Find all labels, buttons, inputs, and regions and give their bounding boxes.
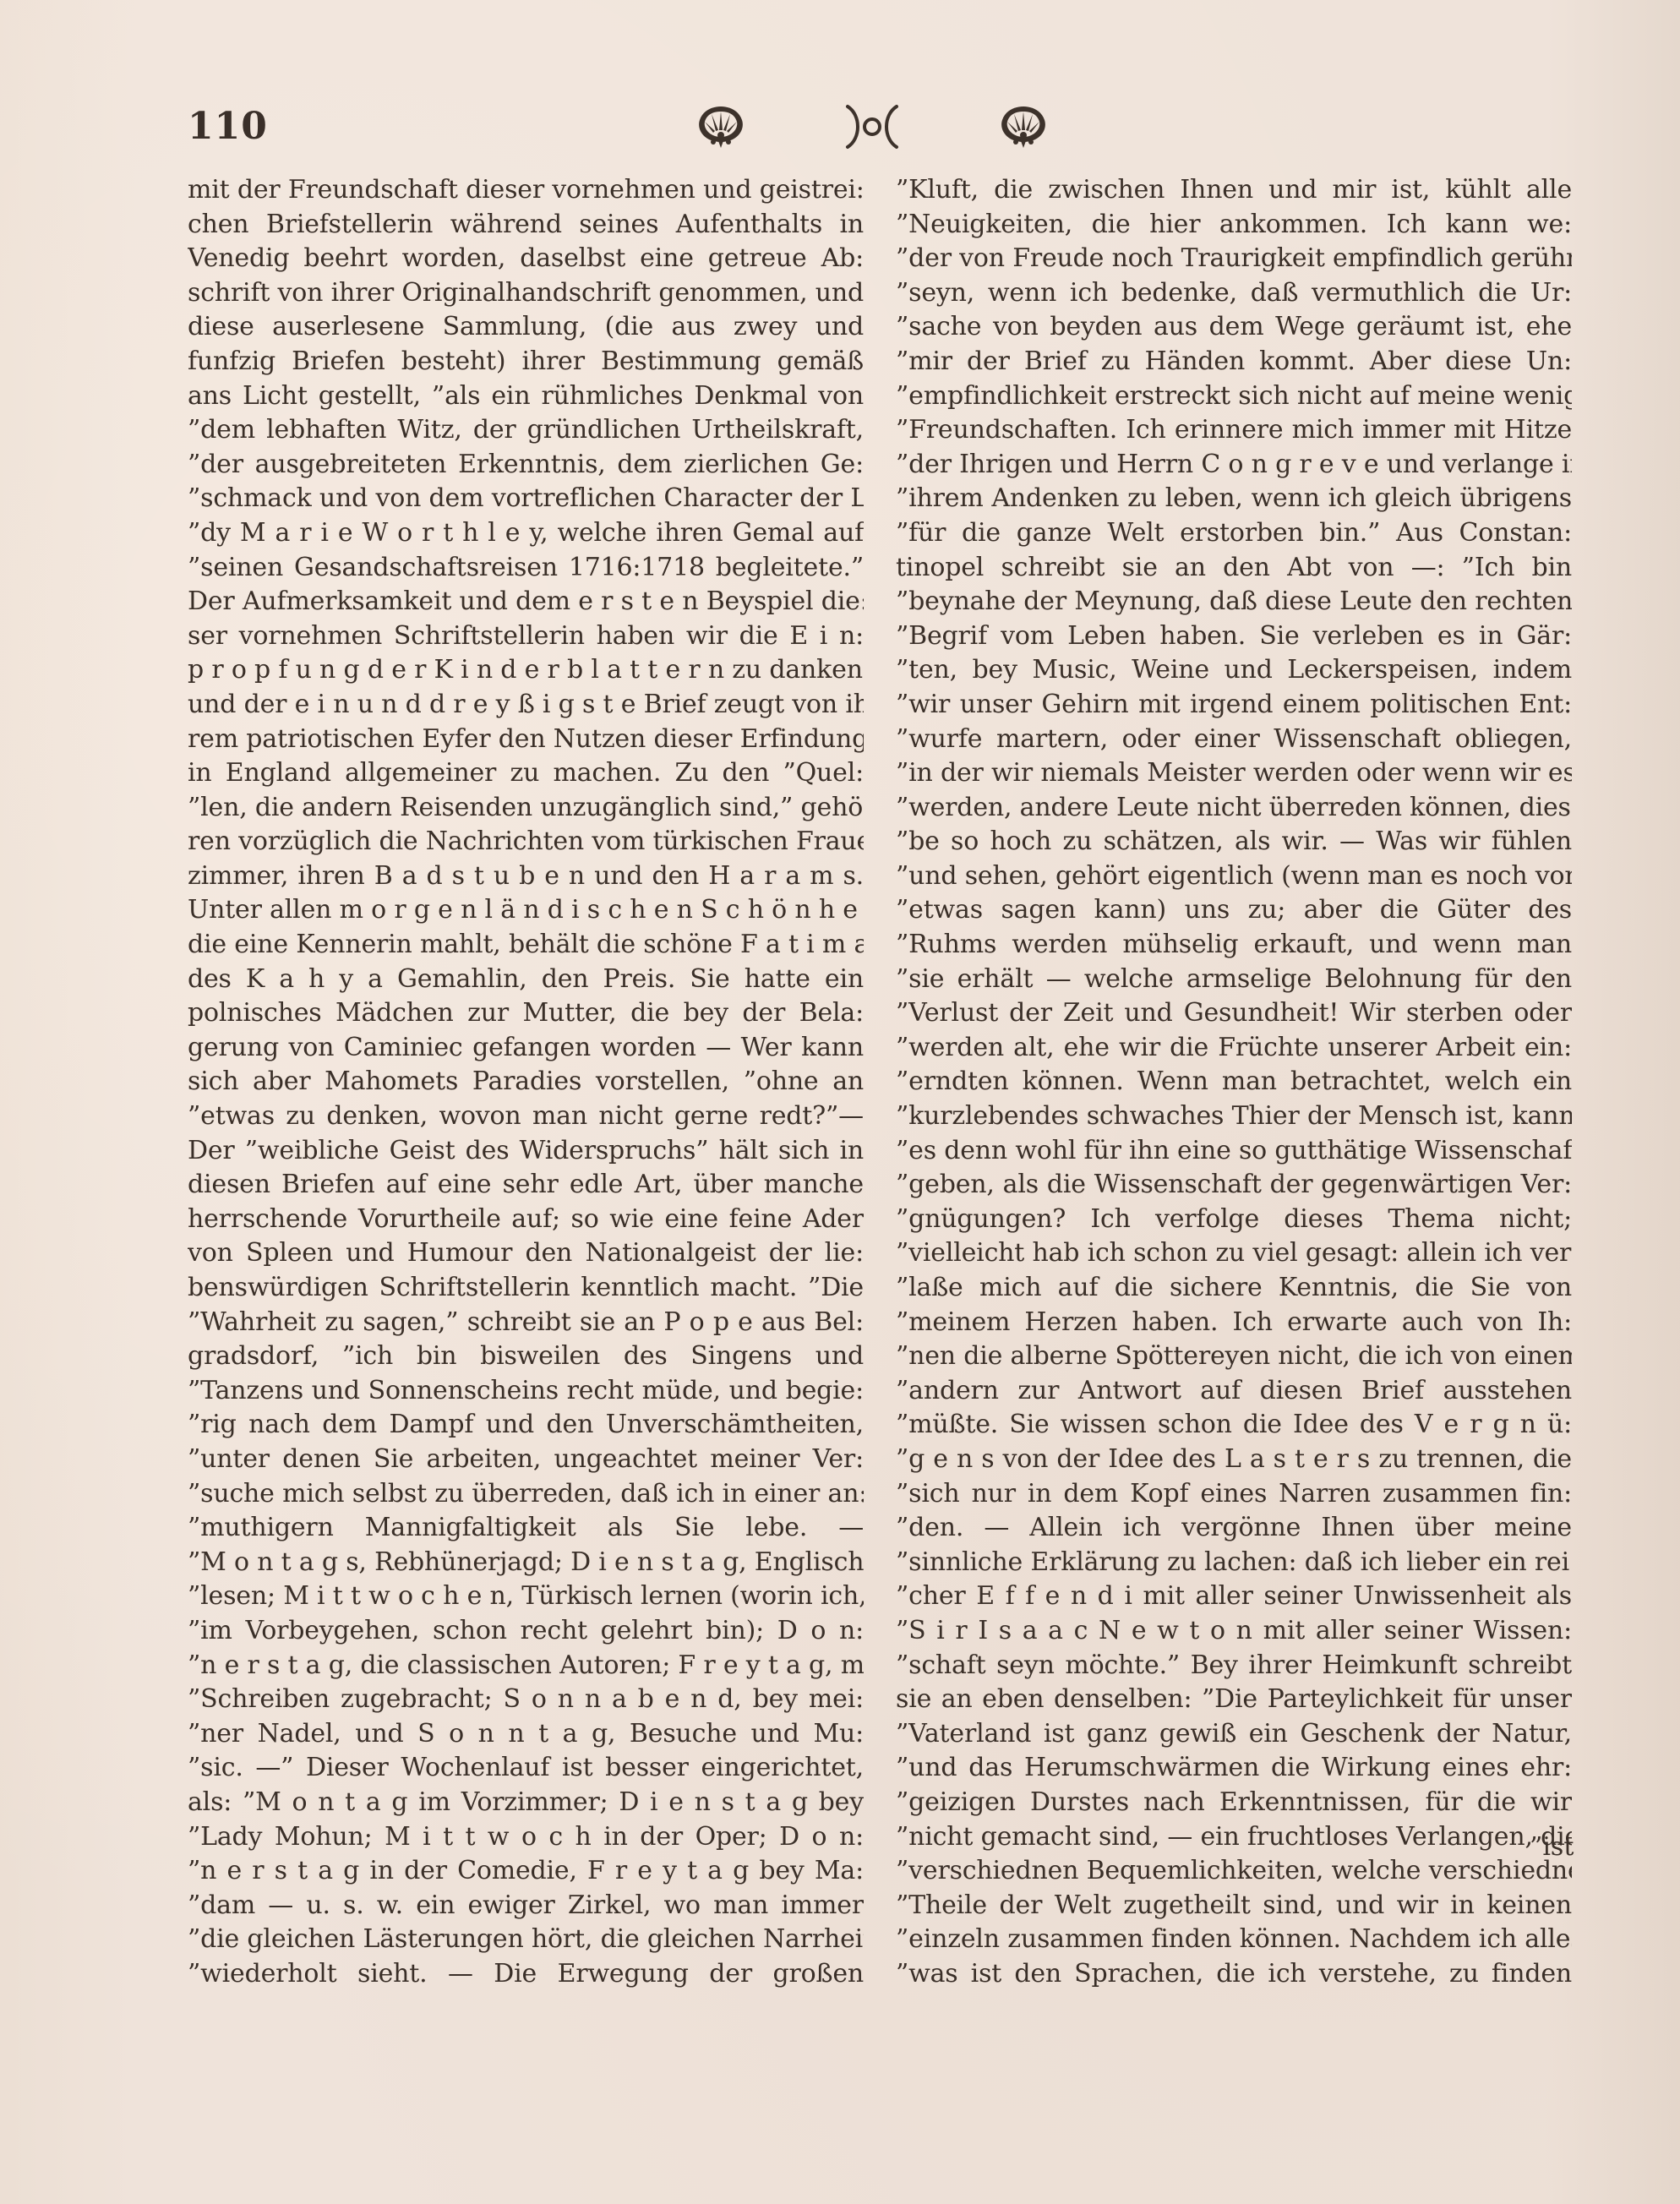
text-line: ”der Ihrigen und Herrn C o n g r e v e u… <box>896 448 1572 483</box>
text-line: ”schaft seyn möchte.” Bey ihrer Heimkunf… <box>896 1649 1572 1683</box>
shell-ornament-right-icon <box>997 105 1050 149</box>
text-line: ”Wahrheit zu sagen,” schreibt sie an P o… <box>188 1306 864 1340</box>
text-line: des K a h y a Gemahlin, den Preis. Sie h… <box>188 963 864 997</box>
text-line: in England allgemeiner zu machen. Zu den… <box>188 756 864 791</box>
text-line: ”andern zur Antwort auf diesen Brief aus… <box>896 1374 1572 1409</box>
right-column: ”Kluft, die zwischen Ihnen und mir ist, … <box>896 173 1572 1991</box>
text-line: ”sie erhält — welche armselige Belohnung… <box>896 963 1572 997</box>
text-line: ”M o n t a g s, Rebhünerjagd; D i e n s … <box>188 1546 864 1580</box>
text-line: p r o p f u n g d e r K i n d e r b l a … <box>188 653 864 688</box>
text-line: ”dy M a r i e W o r t h l e y, welche ih… <box>188 516 864 551</box>
text-line: ”und sehen, gehört eigentlich (wenn man … <box>896 859 1572 894</box>
book-page: 110 <box>0 0 1680 2204</box>
text-line: rem patriotischen Eyfer den Nutzen diese… <box>188 723 864 757</box>
text-line: mit der Freundschaft dieser vornehmen un… <box>188 173 864 208</box>
page-number: 110 <box>188 105 268 148</box>
text-line: ”und das Herumschwärmen die Wirkung eine… <box>896 1751 1572 1786</box>
text-line: ”S i r I s a a c N e w t o n mit aller s… <box>896 1614 1572 1649</box>
text-line: ”wiederholt sieht. — Die Erwegung der gr… <box>188 1957 864 1992</box>
text-line: ”Tanzens und Sonnenscheins recht müde, u… <box>188 1374 864 1409</box>
text-line: ”Schreiben zugebracht; S o n n a b e n d… <box>188 1683 864 1717</box>
text-line: gradsdorf, ”ich bin bisweilen des Singen… <box>188 1339 864 1374</box>
text-line: ”gnügungen? Ich verfolge dieses Thema ni… <box>896 1203 1572 1237</box>
text-line: ”werden alt, ehe wir die Früchte unserer… <box>896 1031 1572 1066</box>
shell-ornament-left-icon <box>695 105 747 149</box>
text-line: funfzig Briefen besteht) ihrer Bestimmun… <box>188 345 864 379</box>
text-line: benswürdigen Schriftstellerin kenntlich … <box>188 1271 864 1306</box>
text-line: ”Ruhms werden mühselig erkauft, und wenn… <box>896 928 1572 963</box>
text-line: polnisches Mädchen zur Mutter, die bey d… <box>188 996 864 1031</box>
text-line: ”seyn, wenn ich bedenke, daß vermuthlich… <box>896 276 1572 311</box>
text-line: ”Neuigkeiten, die hier ankommen. Ich kan… <box>896 208 1572 243</box>
text-line: ”meinem Herzen haben. Ich erwarte auch v… <box>896 1306 1572 1340</box>
text-line: ”der von Freude noch Traurigkeit empfind… <box>896 242 1572 276</box>
text-line: ”sich nur in dem Kopf eines Narren zusam… <box>896 1477 1572 1512</box>
text-line: ”wir unser Gehirn mit irgend einem polit… <box>896 688 1572 723</box>
catchword: ”ist <box>1530 1832 1574 1862</box>
text-line: ”Freundschaften. Ich erinnere mich immer… <box>896 413 1572 448</box>
text-line: ”Verlust der Zeit und Gesundheit! Wir st… <box>896 996 1572 1031</box>
text-line: ”in der wir niemals Meister werden oder … <box>896 756 1572 791</box>
text-line: ”sic. —” Dieser Wochenlauf ist besser ei… <box>188 1751 864 1786</box>
text-line: ”nen die alberne Spöttereyen nicht, die … <box>896 1339 1572 1374</box>
text-line: sie an eben denselben: ”Die Parteylichke… <box>896 1683 1572 1717</box>
text-line: ”n e r s t a g, die classischen Autoren;… <box>188 1649 864 1683</box>
text-line: Venedig beehrt worden, daselbst eine get… <box>188 242 864 276</box>
text-line: zimmer, ihren B a d s t u b e n und den … <box>188 859 864 894</box>
text-line: ”es denn wohl für ihn eine so gutthätige… <box>896 1134 1572 1169</box>
text-line: sich aber Mahomets Paradies vorstellen, … <box>188 1065 864 1099</box>
text-line: ”muthigern Mannigfaltigkeit als Sie lebe… <box>188 1511 864 1546</box>
text-line: ”empfindlichkeit erstreckt sich nicht au… <box>896 379 1572 414</box>
text-line: ”Theile der Welt zugetheilt sind, und wi… <box>896 1889 1572 1923</box>
text-line: als: ”M o n t a g im Vorzimmer; D i e n … <box>188 1786 864 1820</box>
text-line: ”lesen; M i t t w o c h e n, Türkisch le… <box>188 1579 864 1614</box>
text-line: ”ner Nadel, und S o n n t a g, Besuche u… <box>188 1717 864 1752</box>
text-line: ”sache von beyden aus dem Wege geräumt i… <box>896 310 1572 345</box>
text-line: und der e i n u n d d r e y ß i g s t e … <box>188 688 864 723</box>
text-line: ”einzeln zusammen finden können. Nachdem… <box>896 1923 1572 1957</box>
text-line: ”die gleichen Lästerungen hört, die glei… <box>188 1923 864 1957</box>
text-line: ”sinnliche Erklärung zu lachen: daß ich … <box>896 1546 1572 1580</box>
text-line: ”Vaterland ist ganz gewiß ein Geschenk d… <box>896 1717 1572 1752</box>
text-line: ”n e r s t a g in der Comedie, F r e y t… <box>188 1854 864 1889</box>
text-line: gerung von Caminiec gefangen worden — We… <box>188 1031 864 1066</box>
left-column: mit der Freundschaft dieser vornehmen un… <box>188 173 864 1991</box>
text-line: ”dem lebhaften Witz, der gründlichen Urt… <box>188 413 864 448</box>
text-line: Der ”weibliche Geist des Widerspruchs” h… <box>188 1134 864 1169</box>
text-line: ”ten, bey Music, Weine und Leckerspeisen… <box>896 653 1572 688</box>
text-line: ”erndten können. Wenn man betrachtet, we… <box>896 1065 1572 1099</box>
text-line: ”Begrif vom Leben haben. Sie verleben es… <box>896 619 1572 654</box>
header-ornaments <box>695 101 1050 152</box>
text-line: schrift von ihrer Originalhandschrift ge… <box>188 276 864 311</box>
text-line: Unter allen m o r g e n l ä n d i s c h … <box>188 893 864 928</box>
text-line: chen Briefstellerin während seines Aufen… <box>188 208 864 243</box>
text-line: ren vorzüglich die Nachrichten vom türki… <box>188 825 864 859</box>
text-line: ”g e n s von der Idee des L a s t e r s … <box>896 1443 1572 1477</box>
text-line: tinopel schreibt sie an den Abt von —: ”… <box>896 551 1572 586</box>
text-line: ”den. — Allein ich vergönne Ihnen über m… <box>896 1511 1572 1546</box>
text-line: ”etwas sagen kann) uns zu; aber die Güte… <box>896 893 1572 928</box>
text-line: ”Lady Mohun; M i t t w o c h in der Oper… <box>188 1820 864 1855</box>
text-line: ser vornehmen Schriftstellerin haben wir… <box>188 619 864 654</box>
text-line: Der Aufmerksamkeit und dem e r s t e n B… <box>188 585 864 619</box>
text-line: ”seinen Gesandschaftsreisen 1716:1718 be… <box>188 551 864 586</box>
text-line: ”werden, andere Leute nicht überreden kö… <box>896 791 1572 826</box>
text-line: ”dam — u. s. w. ein ewiger Zirkel, wo ma… <box>188 1889 864 1923</box>
text-line: ”geizigen Durstes nach Erkenntnissen, fü… <box>896 1786 1572 1820</box>
center-ornament-icon <box>843 103 902 150</box>
text-line: ”was ist den Sprachen, die ich verstehe,… <box>896 1957 1572 1992</box>
text-line: die eine Kennerin mahlt, behält die schö… <box>188 928 864 963</box>
text-line: ”verschiednen Bequemlichkeiten, welche v… <box>896 1854 1572 1889</box>
text-line: ”be so hoch zu schätzen, als wir. — Was … <box>896 825 1572 859</box>
text-line: ”ihrem Andenken zu leben, wenn ich gleic… <box>896 482 1572 516</box>
text-line: ”wurfe martern, oder einer Wissenschaft … <box>896 723 1572 757</box>
text-line: ”Kluft, die zwischen Ihnen und mir ist, … <box>896 173 1572 208</box>
text-line: ”cher E f f e n d i mit aller seiner Unw… <box>896 1579 1572 1614</box>
text-line: diese auserlesene Sammlung, (die aus zwe… <box>188 310 864 345</box>
text-line: ”etwas zu denken, wovon man nicht gerne … <box>188 1099 864 1134</box>
text-line: ”geben, als die Wissenschaft der gegenwä… <box>896 1168 1572 1203</box>
text-line: ”len, die andern Reisenden unzugänglich … <box>188 791 864 826</box>
text-line: ”vielleicht hab ich schon zu viel gesagt… <box>896 1236 1572 1271</box>
text-line: ”schmack und von dem vortreflichen Chara… <box>188 482 864 516</box>
text-line: ”mir der Brief zu Händen kommt. Aber die… <box>896 345 1572 379</box>
text-line: ”kurzlebendes schwaches Thier der Mensch… <box>896 1099 1572 1134</box>
text-line: ”der ausgebreiteten Erkenntnis, dem zier… <box>188 448 864 483</box>
text-line: herrschende Vorurtheile auf; so wie eine… <box>188 1203 864 1237</box>
text-line: ”müßte. Sie wissen schon die Idee des V … <box>896 1408 1572 1443</box>
text-line: von Spleen und Humour den Nationalgeist … <box>188 1236 864 1271</box>
text-line: ”suche mich selbst zu überreden, daß ich… <box>188 1477 864 1512</box>
text-line: ”laße mich auf die sichere Kenntnis, die… <box>896 1271 1572 1306</box>
text-line: diesen Briefen auf eine sehr edle Art, ü… <box>188 1168 864 1203</box>
text-line: ”im Vorbeygehen, schon recht gelehrt bin… <box>188 1614 864 1649</box>
text-line: ans Licht gestellt, ”als ein rühmliches … <box>188 379 864 414</box>
text-line: ”beynahe der Meynung, daß diese Leute de… <box>896 585 1572 619</box>
text-line: ”nicht gemacht sind, — ein fruchtloses V… <box>896 1820 1572 1855</box>
text-line: ”für die ganze Welt erstorben bin.” Aus … <box>896 516 1572 551</box>
page-header: 110 <box>188 101 1574 161</box>
text-line: ”unter denen Sie arbeiten, ungeachtet me… <box>188 1443 864 1477</box>
text-line: ”rig nach dem Dampf und den Unverschämth… <box>188 1408 864 1443</box>
